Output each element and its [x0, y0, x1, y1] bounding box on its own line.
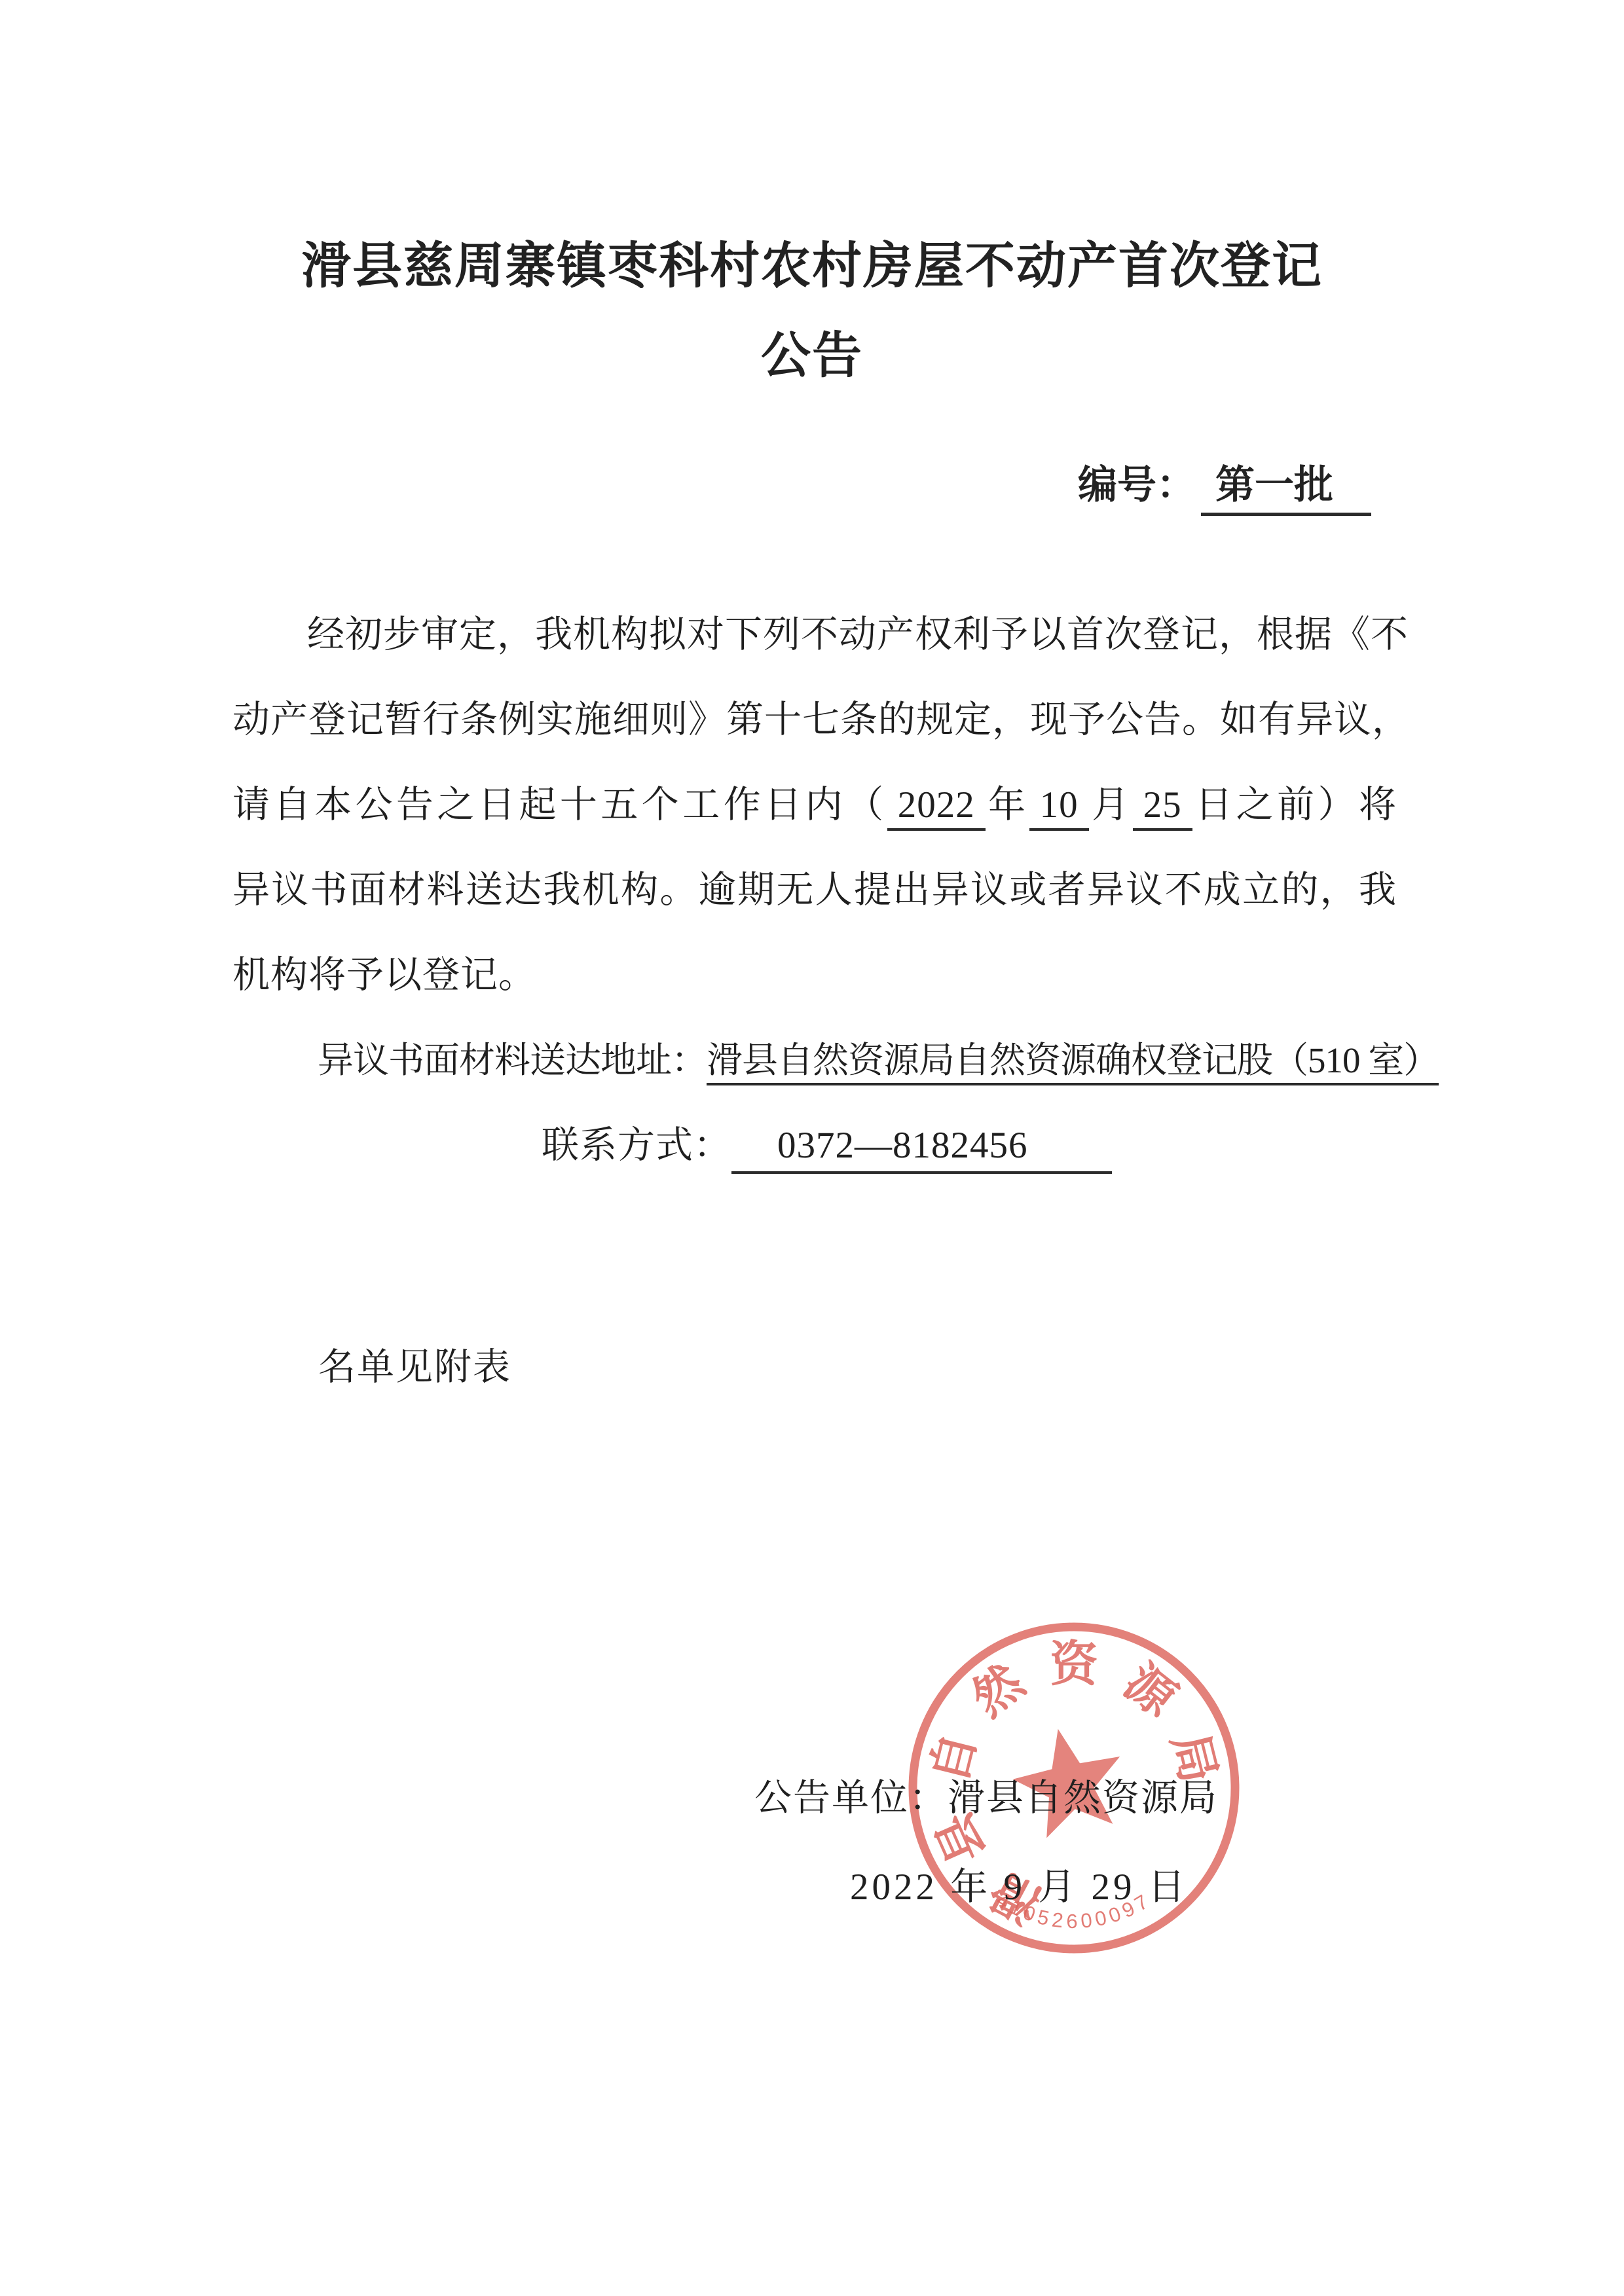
- ref-number-line: 编号：第一批: [1078, 454, 1371, 516]
- contact-value: 0372—8182456: [731, 1123, 1112, 1174]
- contact-label: 联系方式：: [542, 1125, 731, 1166]
- issuer-label: 公告单位：: [754, 1777, 948, 1819]
- issue-date: 2022 年 9 月 29 日: [850, 1857, 1189, 1910]
- ref-number-value: 第一批: [1201, 454, 1371, 516]
- document-title-line1: 滑县慈周寨镇枣科村农村房屋不动产首次登记: [0, 226, 1624, 297]
- deadline-month-unit: 月: [1089, 784, 1133, 826]
- body-line-3-text: 请自本公告之日起十五个工作日内（: [232, 784, 887, 826]
- body-line-3-tail: 日之前）将: [1192, 784, 1397, 826]
- deadline-month-blank: 10: [1029, 782, 1089, 831]
- body-line-3: 请自本公告之日起十五个工作日内（2022年10月25日之前）将: [232, 763, 1397, 848]
- issuer-name: 滑县自然资源局: [948, 1777, 1218, 1819]
- document-title-line2: 公告: [0, 316, 1624, 387]
- body-line-4: 异议书面材料送达我机构。逾期无人提出异议或者异议不成立的，我: [232, 848, 1397, 933]
- deadline-day-blank: 25: [1133, 782, 1192, 831]
- ref-number-label: 编号：: [1078, 463, 1196, 507]
- document-page: 滑县慈周寨镇枣科村农村房屋不动产首次登记 公告 编号：第一批 经初步审定，我机构…: [0, 0, 1624, 2296]
- seal-ring-char: 资: [1050, 1638, 1099, 1692]
- address-line: 异议书面材料送达地址：滑县自然资源局自然资源确权登记股（510 室）: [232, 1018, 1397, 1103]
- body-line-1: 经初步审定，我机构拟对下列不动产权利予以首次登记，根据《不: [232, 592, 1397, 678]
- address-value: 滑县自然资源局自然资源确权登记股（510 室）: [707, 1040, 1439, 1085]
- deadline-year-blank: 2022: [887, 782, 986, 831]
- attachment-note: 名单见附表: [318, 1337, 511, 1391]
- issuer-line: 公告单位：滑县自然资源局: [754, 1768, 1218, 1821]
- contact-line: 联系方式：0372—8182456: [232, 1103, 1397, 1188]
- body-line-2: 动产登记暂行条例实施细则》第十七条的规定，现予公告。如有异议，: [232, 678, 1397, 763]
- address-label: 异议书面材料送达地址：: [318, 1040, 707, 1080]
- body-line-5: 机构将予以登记。: [232, 933, 1397, 1018]
- body-paragraph: 经初步审定，我机构拟对下列不动产权利予以首次登记，根据《不 动产登记暂行条例实施…: [232, 592, 1397, 1188]
- deadline-year-unit: 年: [986, 784, 1029, 826]
